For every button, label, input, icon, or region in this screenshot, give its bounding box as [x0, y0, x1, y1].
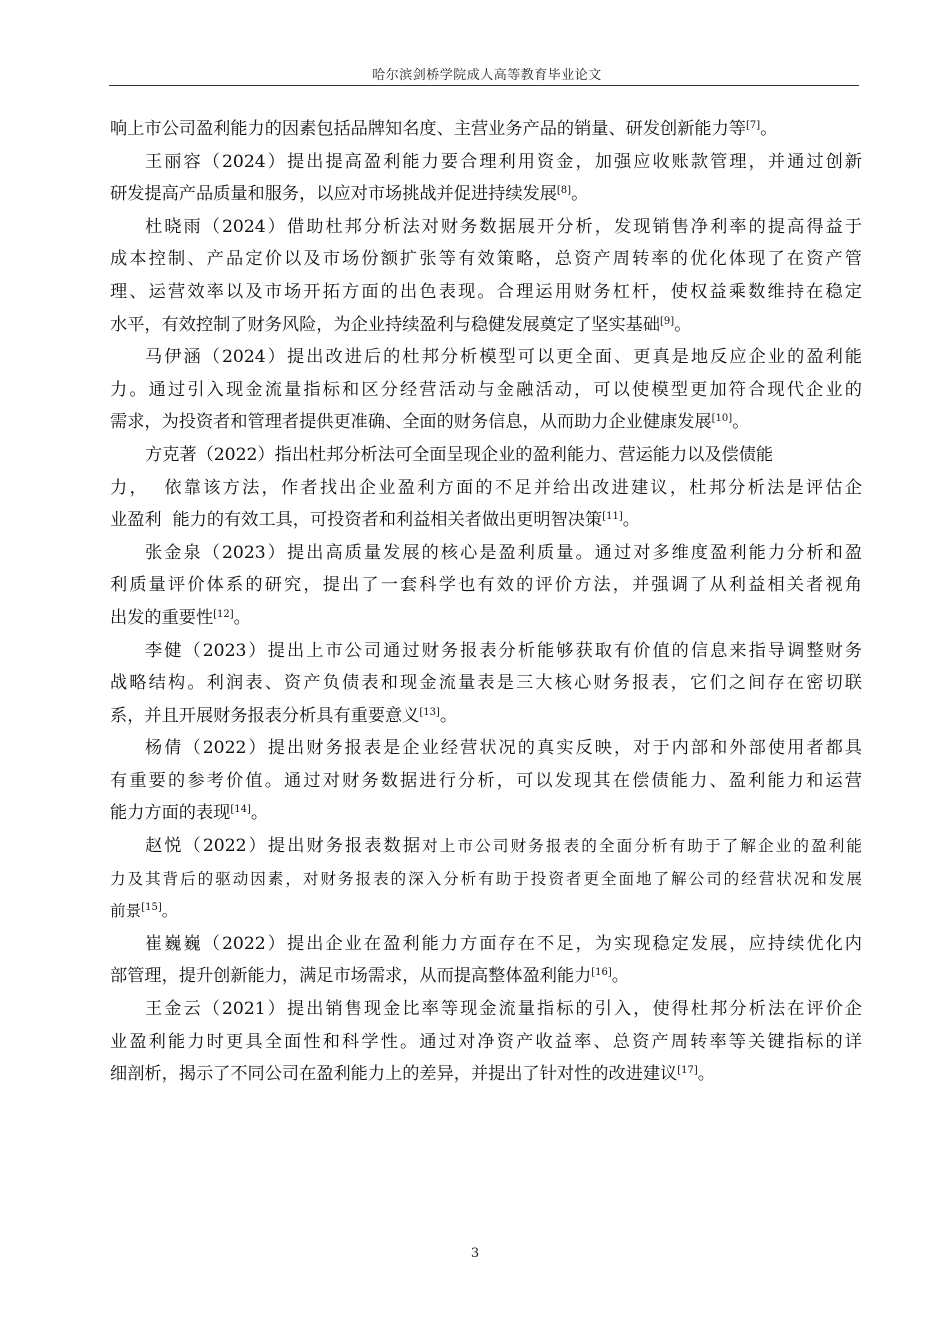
paragraph-ref-7: 响上市公司盈利能力的因素包括品牌知名度、主营业务产品的销量、研发创新能力等[7]… [110, 113, 862, 146]
paragraph-zhao-yue: 赵悦（2022）提出财务报表数据对上市公司财务报表的全面分析有助于了解企业的盈利… [110, 830, 862, 928]
document-page: 哈尔滨剑桥学院成人高等教育毕业论文 响上市公司盈利能力的因素包括品牌知名度、主营… [0, 0, 950, 1344]
citation-ref: [12] [213, 609, 234, 620]
paragraph-fang-kezhu: 方克著（2022）指出杜邦分析法可全面呈现企业的盈利能力、营运能力以及偿债能 力… [110, 439, 862, 537]
citation-ref: [11] [602, 511, 623, 522]
paragraph-zhang-jinquan: 张金泉（2023）提出高质量发展的核心是盈利质量。通过对多维度盈利能力分析和盈 … [110, 537, 862, 635]
paragraph-du-xiaoyu: 杜晓雨（2024）借助杜邦分析法对财务数据展开分析，发现销售净利率的提高得益于 … [110, 211, 862, 341]
citation-ref: [17] [677, 1065, 698, 1076]
citation-ref: [14] [230, 804, 251, 815]
citation-ref: [8] [557, 185, 571, 196]
paragraph-ma-yihan: 马伊涵（2024）提出改进后的杜邦分析模型可以更全面、更真是地反应企业的盈利能 … [110, 341, 862, 439]
citation-ref: [10] [712, 413, 733, 424]
paragraph-wang-lirong: 王丽容（2024）提出提高盈利能力要合理利用资金，加强应收账款管理，并通过创新 … [110, 146, 862, 211]
paragraph-wang-jinyun: 王金云（2021）提出销售现金比率等现金流量指标的引入，使得杜邦分析法在评价企 … [110, 993, 862, 1091]
citation-ref: [15] [141, 902, 162, 913]
paragraph-li-jian: 李健（2023）提出上市公司通过财务报表分析能够获取有价值的信息来指导调整财务 … [110, 635, 862, 733]
citation-ref: [16] [591, 967, 612, 978]
citation-ref: [9] [660, 316, 674, 327]
citation-ref: [13] [419, 707, 440, 718]
body-text: 响上市公司盈利能力的因素包括品牌知名度、主营业务产品的销量、研发创新能力等[7]… [110, 113, 862, 1091]
paragraph-cui-weiwei: 崔巍巍（2022）提出企业在盈利能力方面存在不足，为实现稳定发展，应持续优化内 … [110, 928, 862, 993]
header-divider [109, 85, 859, 86]
paragraph-yang-qian: 杨倩（2022）提出财务报表是企业经营状况的真实反映，对于内部和外部使用者都具 … [110, 732, 862, 830]
running-header: 哈尔滨剑桥学院成人高等教育毕业论文 [112, 64, 862, 83]
citation-ref: [7] [746, 120, 760, 131]
page-number: 3 [0, 1246, 950, 1261]
